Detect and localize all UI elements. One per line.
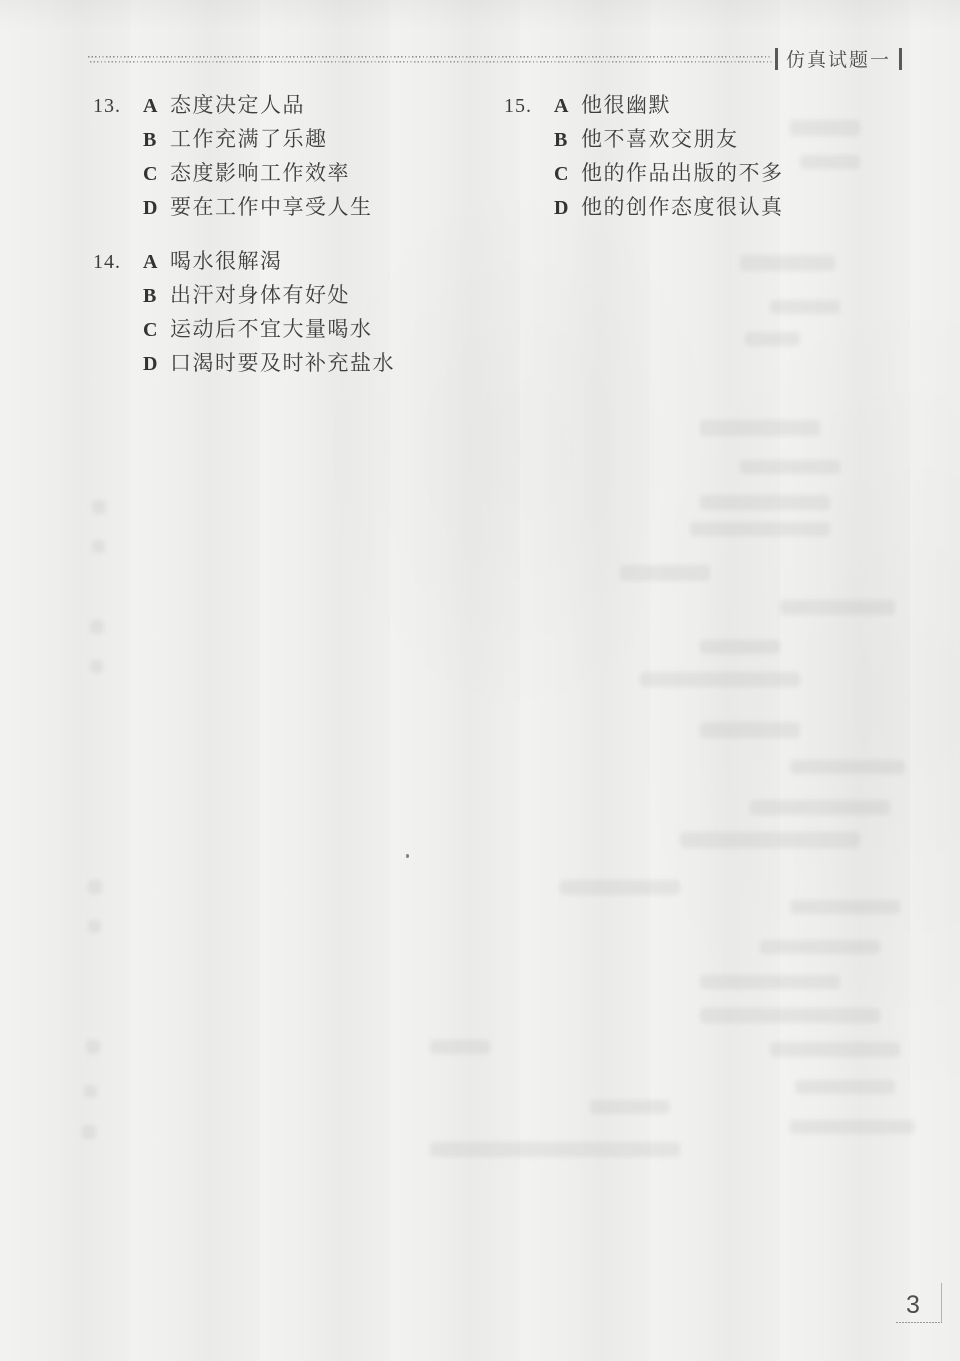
question-14-option-c: C 运动后不宜大量喝水 [93,312,395,346]
label-right-bar-icon [899,48,902,70]
label-left-bar-icon [775,48,778,70]
question-number: 14. [93,245,143,279]
question-14: 14. A 喝水很解渴 B 出汗对身体有好处 C 运动后不宜大量喝水 D 口渴时… [93,244,395,380]
question-15: 15. A 他很幽默 B 他不喜欢交朋友 C 他的作品出版的不多 D 他的创作态… [504,88,784,224]
option-letter: D [554,191,581,225]
question-14-option-d: D 口渴时要及时补充盐水 [93,346,395,380]
question-14-option-a: 14. A 喝水很解渴 [93,244,395,278]
corner-vertical-rule [941,1283,942,1323]
header-section-label: 仿真试题一 [775,45,902,72]
question-15-option-d: D 他的创作态度很认真 [504,190,784,224]
option-text: 态度决定人品 [170,88,305,122]
option-letter: C [143,313,170,347]
option-letter: A [143,89,170,123]
option-text: 他的创作态度很认真 [581,190,784,224]
option-text: 态度影响工作效率 [170,156,350,190]
question-13-option-a: 13. A 态度决定人品 [93,88,373,122]
option-text: 他的作品出版的不多 [581,156,784,190]
option-letter: C [143,157,170,191]
question-number: 15. [504,89,554,123]
question-15-option-c: C 他的作品出版的不多 [504,156,784,190]
question-13-option-b: B 工作充满了乐趣 [93,122,373,156]
scanned-test-page: 仿真试题一 13. A 态度决定人品 B 工作充满了乐趣 C 态度影响工作效率 … [0,0,960,1361]
option-letter: D [143,191,170,225]
question-number: 13. [93,89,143,123]
option-text: 他不喜欢交朋友 [581,122,739,156]
header-dotted-rule [88,56,772,64]
question-13-option-d: D 要在工作中享受人生 [93,190,373,224]
corner-horizontal-rule [896,1322,942,1323]
question-13: 13. A 态度决定人品 B 工作充满了乐趣 C 态度影响工作效率 D 要在工作… [93,88,373,224]
page-number: 3 [906,1291,920,1320]
option-letter: B [143,123,170,157]
question-14-option-b: B 出汗对身体有好处 [93,278,395,312]
option-text: 运动后不宜大量喝水 [170,312,373,346]
ink-speck [406,854,409,858]
option-text: 工作充满了乐趣 [170,122,328,156]
option-letter: D [143,347,170,381]
question-13-option-c: C 态度影响工作效率 [93,156,373,190]
question-15-option-a: 15. A 他很幽默 [504,88,784,122]
option-letter: A [143,245,170,279]
option-text: 口渴时要及时补充盐水 [170,346,395,380]
option-letter: A [554,89,581,123]
question-15-option-b: B 他不喜欢交朋友 [504,122,784,156]
option-letter: B [554,123,581,157]
option-text: 出汗对身体有好处 [170,278,350,312]
option-letter: B [143,279,170,313]
option-letter: C [554,157,581,191]
option-text: 喝水很解渴 [170,244,283,278]
option-text: 要在工作中享受人生 [170,190,373,224]
section-title: 仿真试题一 [786,45,891,72]
option-text: 他很幽默 [581,88,671,122]
